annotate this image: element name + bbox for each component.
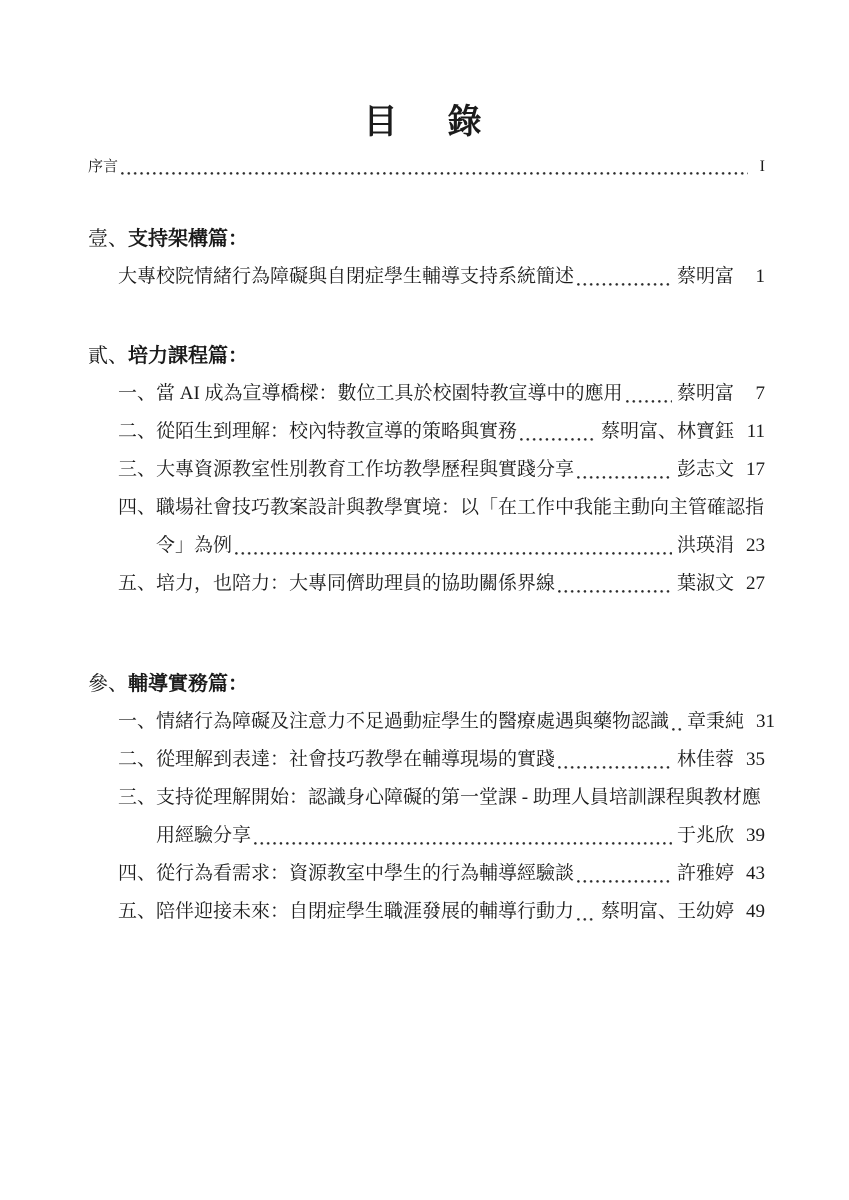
toc-entry: 三、大專資源教室性別教育工作坊教學歷程與實踐分享 彭志文 17 [118, 451, 765, 489]
entry-page-number: 39 [741, 817, 765, 855]
entry-title: 五、陪伴迎接未來：自閉症學生職涯發展的輔導行動力 [118, 893, 574, 931]
dot-leader [235, 552, 672, 555]
entry-authors: 林佳蓉 [677, 741, 734, 779]
section-items: 一、當 AI 成為宣導橋樑：數位工具於校園特教宣導中的應用 蔡明富 7 二、從陌… [88, 375, 765, 603]
entry-title: 一、情緒行為障礙及注意力不足過動症學生的醫療處遇與藥物認識 [118, 703, 669, 741]
entry-line: 一、當 AI 成為宣導橋樑：數位工具於校園特教宣導中的應用 蔡明富 7 [118, 375, 765, 413]
entry-title: 令」為例 [156, 527, 232, 565]
entry-line: 二、從理解到表達：社會技巧教學在輔導現場的實踐 林佳蓉 35 [118, 741, 765, 779]
dot-leader [577, 476, 672, 479]
entry-page-number: 23 [741, 527, 765, 565]
entry-title: 二、從理解到表達：社會技巧教學在輔導現場的實踐 [118, 741, 555, 779]
toc-entry: 二、從陌生到理解：校內特教宣導的策略與實務 蔡明富、林寶鈺 11 [118, 413, 765, 451]
page-title: 目 錄 [88, 100, 765, 146]
entry-authors: 洪瑛涓 [677, 527, 734, 565]
entry-page-number: 49 [741, 893, 765, 931]
toc-entry: 三、支持從理解開始：認識身心障礙的第一堂課 - 助理人員培訓課程與教材應 用經驗… [118, 779, 765, 855]
entry-title: 三、大專資源教室性別教育工作坊教學歷程與實踐分享 [118, 451, 574, 489]
entry-line: 三、大專資源教室性別教育工作坊教學歷程與實踐分享 彭志文 17 [118, 451, 765, 489]
entry-authors: 彭志文 [677, 451, 734, 489]
entry-page-number: 43 [741, 855, 765, 893]
toc-section: 參、輔導實務篇： 一、情緒行為障礙及注意力不足過動症學生的醫療處遇與藥物認識 章… [88, 665, 765, 931]
section-heading: 貳、培力課程篇： [88, 337, 765, 375]
toc-entry: 二、從理解到表達：社會技巧教學在輔導現場的實踐 林佳蓉 35 [118, 741, 765, 779]
entry-authors: 許雅婷 [677, 855, 734, 893]
toc-entry: 五、陪伴迎接未來：自閉症學生職涯發展的輔導行動力 蔡明富、王幼婷 49 [118, 893, 765, 931]
entry-title: 五、培力，也陪力：大專同儕助理員的協助關係界線 [118, 565, 555, 603]
section-heading: 壹、支持架構篇： [88, 220, 765, 258]
entry-line: 四、從行為看需求：資源教室中學生的行為輔導經驗談 許雅婷 43 [118, 855, 765, 893]
dot-leader [558, 766, 672, 769]
entry-page-number: 1 [741, 258, 765, 296]
toc-page: 目 錄 序言 I 壹、支持架構篇： 大專校院情緒行為障礙與自閉症學生輔導支持系統… [0, 0, 849, 1200]
preface-page-number: I [753, 148, 765, 186]
page-content: 目 錄 序言 I 壹、支持架構篇： 大專校院情緒行為障礙與自閉症學生輔導支持系統… [0, 0, 849, 931]
dot-leader [577, 918, 596, 921]
dot-leader [558, 590, 672, 593]
toc-sections: 壹、支持架構篇： 大專校院情緒行為障礙與自閉症學生輔導支持系統簡述 蔡明富 1 … [88, 220, 765, 931]
entry-page-number: 17 [741, 451, 765, 489]
section-number: 參、 [88, 673, 128, 695]
entry-authors: 蔡明富 [677, 258, 734, 296]
entry-authors: 于兆欣 [677, 817, 734, 855]
section-number: 貳、 [88, 345, 128, 367]
toc-section: 壹、支持架構篇： 大專校院情緒行為障礙與自閉症學生輔導支持系統簡述 蔡明富 1 [88, 220, 765, 296]
section-items: 一、情緒行為障礙及注意力不足過動症學生的醫療處遇與藥物認識 章秉純 31 二、從… [88, 703, 765, 931]
toc-entry: 五、培力，也陪力：大專同儕助理員的協助關係界線 葉淑文 27 [118, 565, 765, 603]
entry-overflow-line: 四、職場社會技巧教案設計與教學實境：以「在工作中我能主動向主管確認指 [118, 489, 765, 527]
entry-authors: 蔡明富、林寶鈺 [601, 413, 734, 451]
toc-entry: 一、情緒行為障礙及注意力不足過動症學生的醫療處遇與藥物認識 章秉純 31 [118, 703, 765, 741]
entry-line: 用經驗分享 于兆欣 39 [118, 817, 765, 855]
dot-leader [254, 842, 672, 845]
entry-title: 二、從陌生到理解：校內特教宣導的策略與實務 [118, 413, 517, 451]
dot-leader [577, 880, 672, 883]
section-title: 支持架構篇： [128, 228, 248, 250]
dot-leader [520, 438, 596, 441]
section-title: 輔導實務篇： [128, 673, 248, 695]
section-items: 大專校院情緒行為障礙與自閉症學生輔導支持系統簡述 蔡明富 1 [88, 258, 765, 296]
section-title: 培力課程篇： [128, 345, 248, 367]
entry-authors: 章秉純 [687, 703, 744, 741]
toc-entry: 四、從行為看需求：資源教室中學生的行為輔導經驗談 許雅婷 43 [118, 855, 765, 893]
dot-leader [577, 283, 672, 286]
entry-authors: 蔡明富、王幼婷 [601, 893, 734, 931]
entry-line: 大專校院情緒行為障礙與自閉症學生輔導支持系統簡述 蔡明富 1 [118, 258, 765, 296]
entry-line: 令」為例 洪瑛涓 23 [118, 527, 765, 565]
entry-title: 大專校院情緒行為障礙與自閉症學生輔導支持系統簡述 [118, 258, 574, 296]
toc-entry: 大專校院情緒行為障礙與自閉症學生輔導支持系統簡述 蔡明富 1 [118, 258, 765, 296]
dot-leader [121, 172, 748, 175]
entry-line: 五、培力，也陪力：大專同儕助理員的協助關係界線 葉淑文 27 [118, 565, 765, 603]
section-heading: 參、輔導實務篇： [88, 665, 765, 703]
entry-line: 一、情緒行為障礙及注意力不足過動症學生的醫療處遇與藥物認識 章秉純 31 [118, 703, 765, 741]
entry-page-number: 7 [741, 375, 765, 413]
dot-leader [626, 400, 672, 403]
preface-row: 序言 I [88, 148, 765, 186]
entry-page-number: 31 [751, 703, 775, 741]
toc-entry: 一、當 AI 成為宣導橋樑：數位工具於校園特教宣導中的應用 蔡明富 7 [118, 375, 765, 413]
entry-page-number: 27 [741, 565, 765, 603]
entry-title: 用經驗分享 [156, 817, 251, 855]
entry-authors: 葉淑文 [677, 565, 734, 603]
entry-page-number: 35 [741, 741, 765, 779]
entry-title: 一、當 AI 成為宣導橋樑：數位工具於校園特教宣導中的應用 [118, 375, 623, 413]
entry-overflow-line: 三、支持從理解開始：認識身心障礙的第一堂課 - 助理人員培訓課程與教材應 [118, 779, 765, 817]
toc-entry: 四、職場社會技巧教案設計與教學實境：以「在工作中我能主動向主管確認指 令」為例 … [118, 489, 765, 565]
entry-line: 二、從陌生到理解：校內特教宣導的策略與實務 蔡明富、林寶鈺 11 [118, 413, 765, 451]
entry-page-number: 11 [741, 413, 765, 451]
entry-title: 四、從行為看需求：資源教室中學生的行為輔導經驗談 [118, 855, 574, 893]
entry-authors: 蔡明富 [677, 375, 734, 413]
section-number: 壹、 [88, 228, 128, 250]
dot-leader [672, 728, 682, 731]
preface-label: 序言 [88, 148, 118, 186]
toc-section: 貳、培力課程篇： 一、當 AI 成為宣導橋樑：數位工具於校園特教宣導中的應用 蔡… [88, 337, 765, 603]
entry-line: 五、陪伴迎接未來：自閉症學生職涯發展的輔導行動力 蔡明富、王幼婷 49 [118, 893, 765, 931]
